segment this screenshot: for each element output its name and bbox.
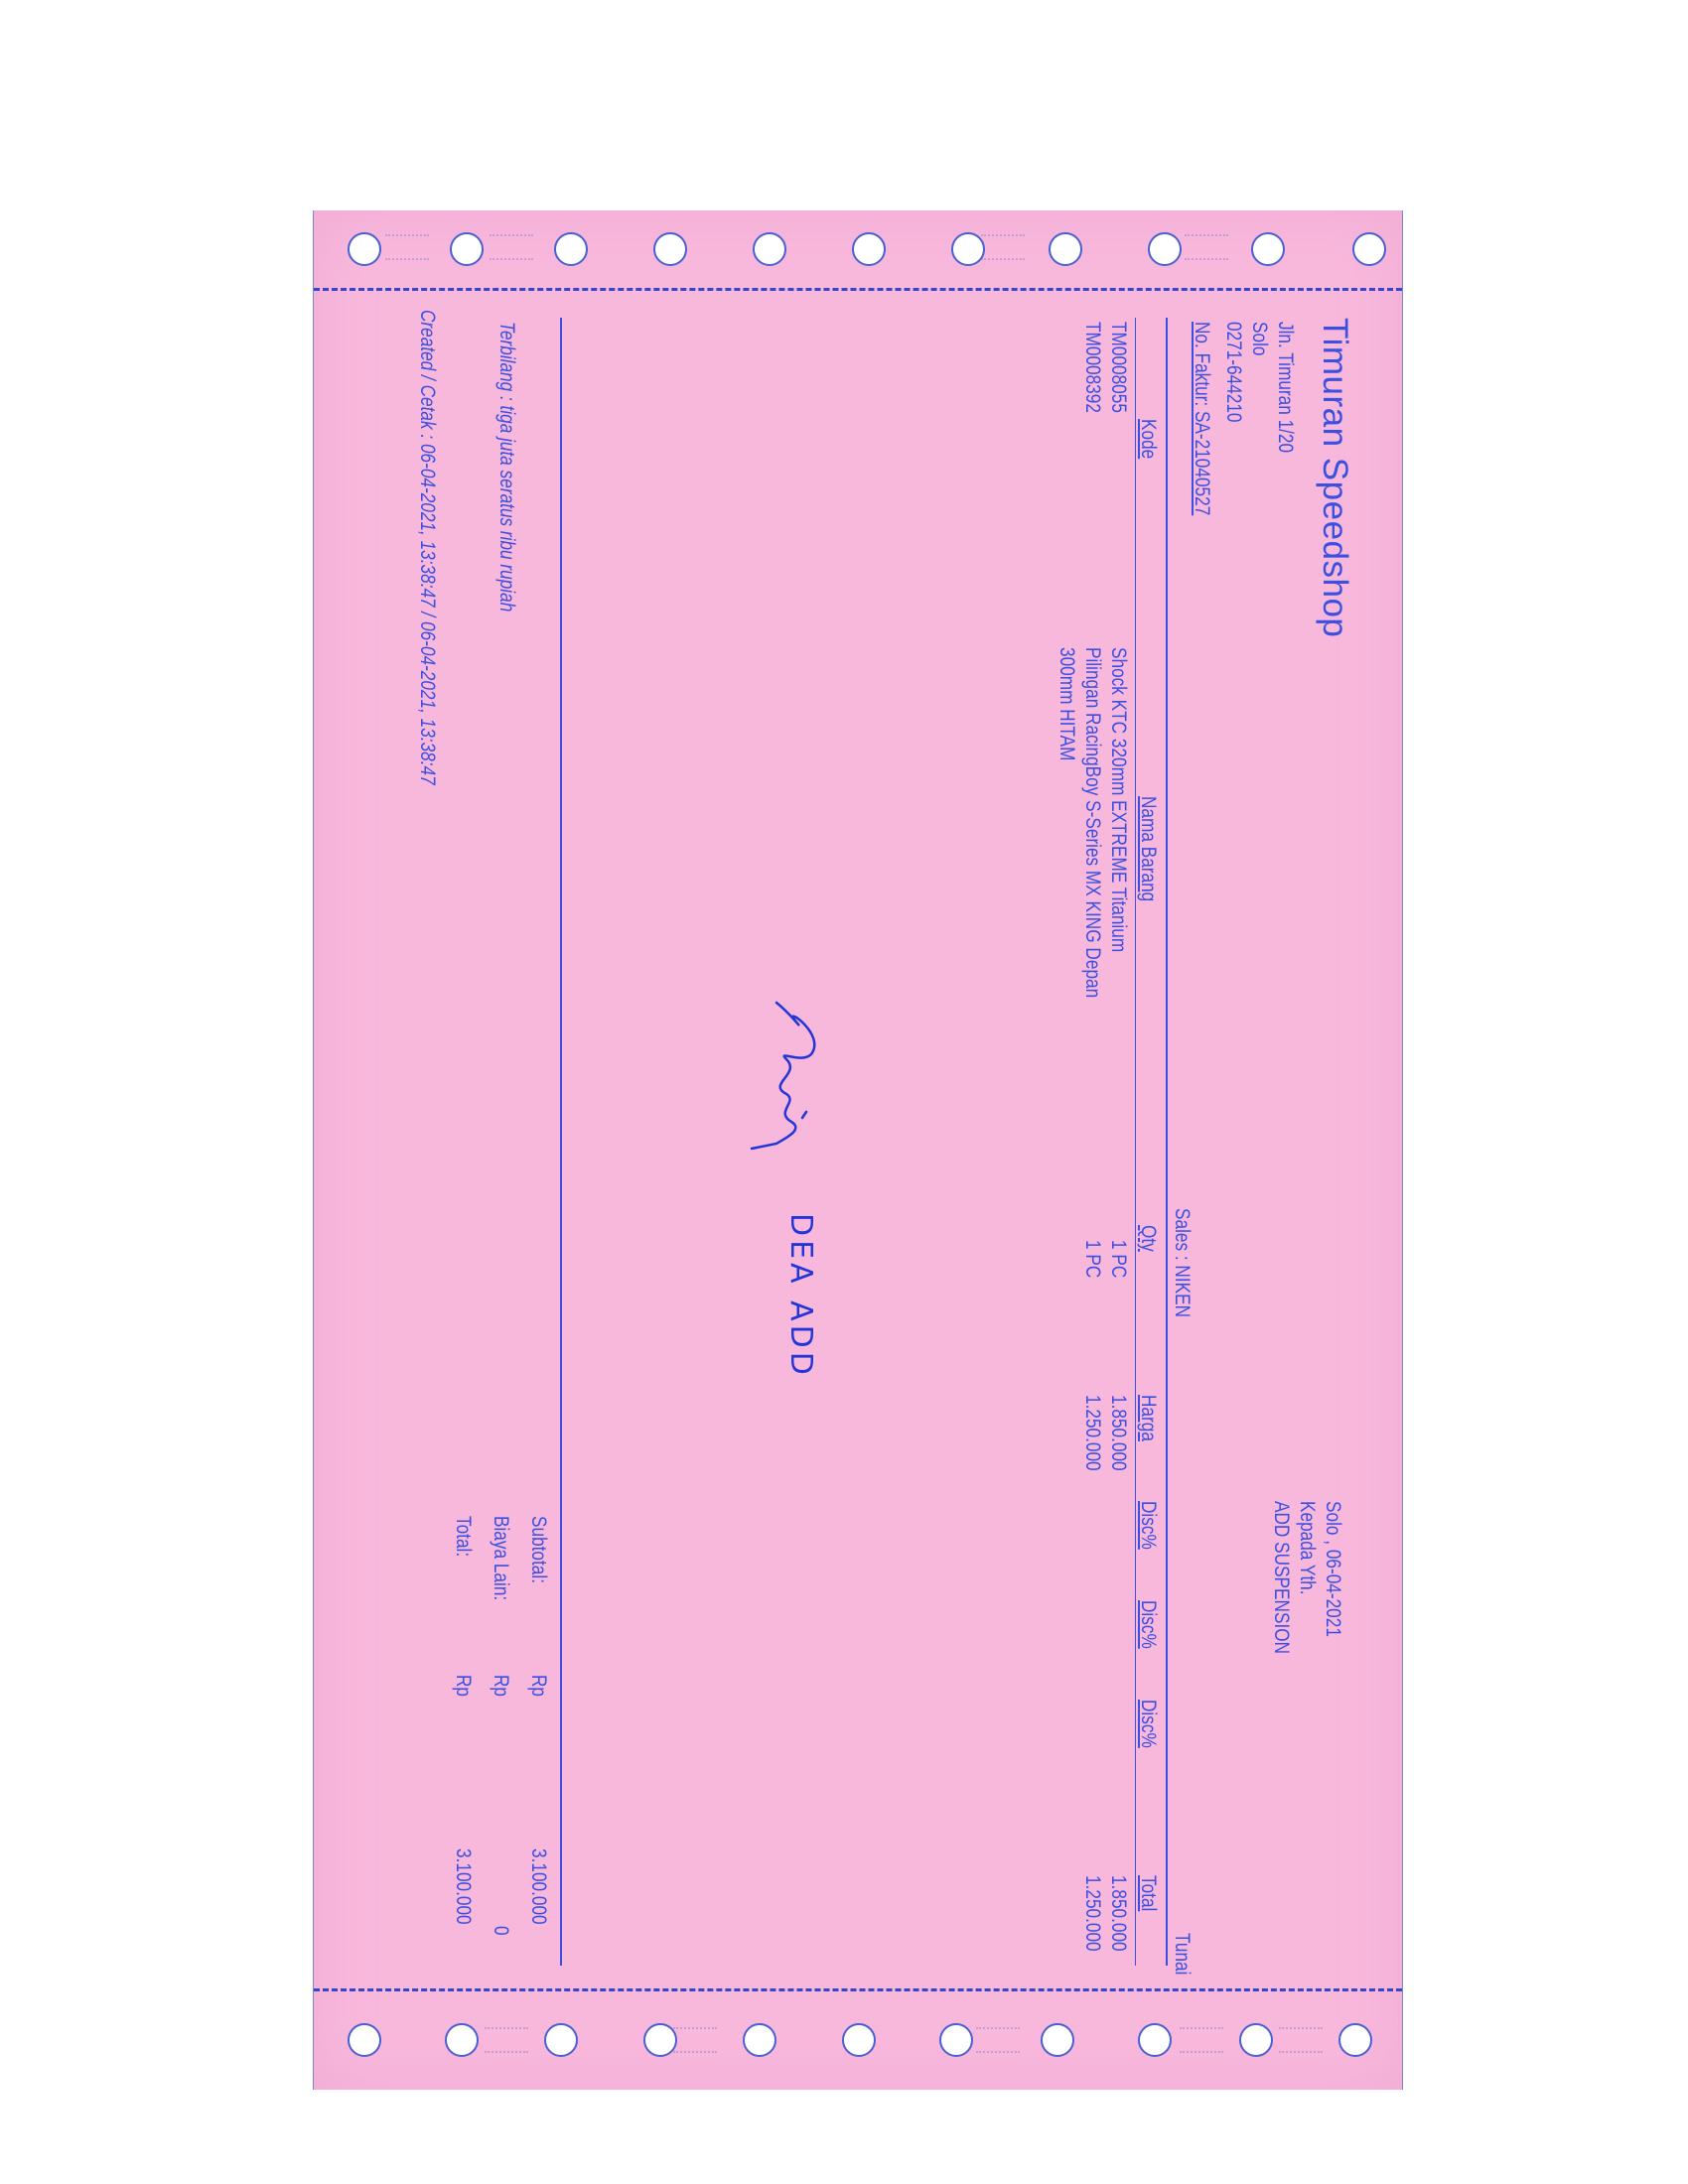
sprocket-hole — [951, 232, 985, 266]
col-header-disc2: Disc% — [1136, 1600, 1160, 1649]
summary-rule — [560, 318, 562, 1966]
table-header-rule — [1135, 318, 1136, 1966]
ghost-print-mark — [1279, 2027, 1323, 2053]
ghost-print-mark — [673, 2027, 717, 2053]
other-cost-value: 0 — [489, 1926, 512, 1936]
sprocket-hole — [1049, 232, 1082, 266]
subtotal-label: Subtotal: — [526, 1516, 550, 1583]
total-value: 3.100.000 — [451, 1848, 475, 1925]
sales-person: Sales : NIKEN — [1170, 1208, 1194, 1317]
total-currency: Rp — [451, 1675, 475, 1697]
subtotal-currency: Rp — [526, 1675, 550, 1697]
table-top-rule — [1166, 318, 1168, 1966]
col-header-price: Harga — [1136, 1395, 1160, 1441]
col-header-name: Nama Barang — [1136, 796, 1160, 901]
sprocket-hole — [348, 2023, 381, 2057]
invoice-paper: Timuran Speedshop Jln. Timuran 1/20 Solo… — [313, 210, 1403, 2090]
row-price: 1.850.000 — [1106, 1395, 1130, 1471]
sprocket-hole — [1239, 2023, 1273, 2057]
sprocket-hole — [643, 2023, 677, 2057]
row-total: 1.850.000 — [1106, 1875, 1130, 1952]
sprocket-hole — [554, 232, 588, 266]
sprocket-hole — [445, 2023, 479, 2057]
store-address: Jln. Timuran 1/20 — [1273, 322, 1297, 453]
ghost-print-mark — [1185, 234, 1228, 260]
sprocket-hole — [1251, 232, 1285, 266]
ghost-print-mark — [1180, 2027, 1223, 2053]
sprocket-hole — [852, 232, 886, 266]
sprocket-hole — [939, 2023, 973, 2057]
row-code: TM0008392 — [1080, 322, 1104, 413]
place-date: Solo , 06-04-2021 — [1321, 1501, 1344, 1637]
sprocket-hole — [753, 232, 786, 266]
row-price: 1.250.000 — [1080, 1395, 1104, 1471]
row-item-name: Pilingan RacingBoy S-Series MX KING Depa… — [1080, 647, 1104, 998]
sprocket-hole — [653, 232, 687, 266]
store-city: Solo — [1247, 322, 1271, 355]
perforation-line-right — [314, 1988, 1402, 1991]
subtotal-value: 3.100.000 — [526, 1848, 550, 1925]
handwritten-note: DEA ADD — [783, 1213, 818, 1379]
row-qty: 1 PC — [1106, 1240, 1130, 1278]
signature-scribble — [737, 995, 846, 1223]
ghost-print-mark — [385, 234, 429, 260]
amount-in-words: Terbilang : tiga juta seratus ribu rupia… — [494, 322, 518, 612]
row-item-name: Shock KTC 320mm EXTREME Titanium — [1106, 647, 1130, 952]
store-name: Timuran Speedshop — [1315, 318, 1354, 637]
col-header-disc3: Disc% — [1136, 1700, 1160, 1748]
sprocket-hole — [1352, 232, 1386, 266]
sprocket-hole — [1041, 2023, 1074, 2057]
perforation-line-left — [314, 288, 1402, 291]
sprocket-hole — [348, 232, 381, 266]
ghost-print-mark — [976, 2027, 1020, 2053]
row-total: 1.250.000 — [1080, 1875, 1104, 1952]
other-cost-label: Biaya Lain: — [489, 1516, 512, 1600]
sprocket-hole — [1138, 2023, 1172, 2057]
total-label: Total: — [451, 1516, 475, 1557]
payment-method: Tunai — [1170, 1933, 1194, 1975]
sprocket-hole — [1338, 2023, 1372, 2057]
ghost-print-mark — [485, 2027, 528, 2053]
col-header-qty: Qty — [1136, 1225, 1160, 1252]
col-header-disc1: Disc% — [1136, 1501, 1160, 1550]
row-item-name-cont: 300mm HITAM — [1055, 647, 1078, 761]
sprocket-hole — [450, 232, 484, 266]
row-code: TM0008055 — [1106, 322, 1130, 413]
ghost-print-mark — [981, 234, 1025, 260]
store-phone: 0271-644210 — [1221, 322, 1245, 423]
sprocket-hole — [544, 2023, 578, 2057]
sprocket-hole — [743, 2023, 776, 2057]
col-header-code: Kode — [1136, 419, 1160, 459]
sprocket-hole — [1148, 232, 1182, 266]
sprocket-hole — [842, 2023, 876, 2057]
other-cost-currency: Rp — [489, 1675, 512, 1697]
invoice-number: No. Faktur: SA-21040527 — [1190, 322, 1213, 515]
col-header-total: Total — [1136, 1875, 1160, 1911]
row-qty: 1 PC — [1080, 1240, 1104, 1278]
customer-name: ADD SUSPENSION — [1269, 1501, 1293, 1654]
ghost-print-mark — [490, 234, 533, 260]
created-timestamp: Created / Cetak : 06-04-2021, 13:38:47 /… — [415, 310, 439, 785]
recipient-label: Kepada Yth. — [1295, 1501, 1319, 1594]
